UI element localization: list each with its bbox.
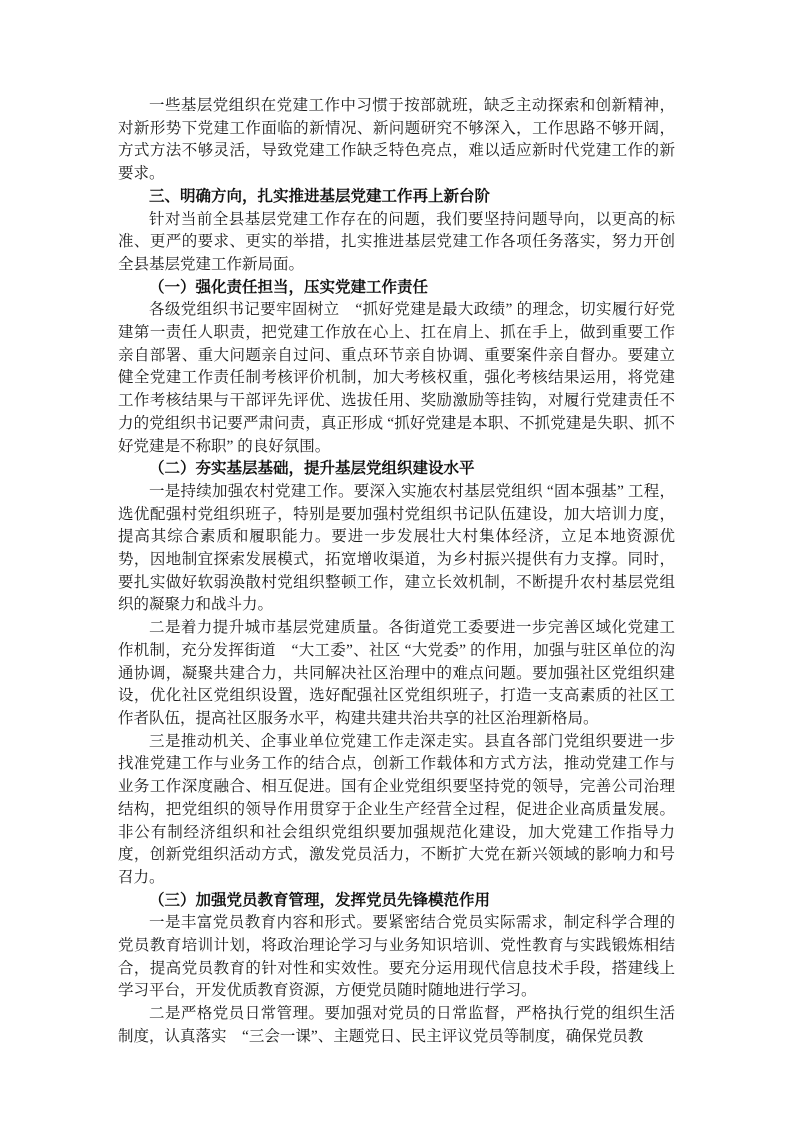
body-paragraph: 一些基层党组织在党建工作中习惯于按部就班，缺乏主动探索和创新精神，对新形势下党建…	[118, 95, 675, 186]
body-paragraph: 针对当前全县基层党建工作存在的问题，我们要坚持问题导向，以更高的标准、更严的要求…	[118, 209, 675, 277]
body-paragraph: 三是推动机关、企事业单位党建工作走深走实。县直各部门党组织要进一步找准党建工作与…	[118, 731, 675, 890]
body-paragraph: 一是丰富党员教育内容和形式。要紧密结合党员实际需求，制定科学合理的党员教育培训计…	[118, 912, 675, 1003]
section-heading: （一）强化责任担当，压实党建工作责任	[118, 277, 675, 300]
section-heading: （二）夯实基层基础，提升基层党组织建设水平	[118, 458, 675, 481]
body-paragraph: 一是持续加强农村党建工作。要深入实施农村基层党组织 “固本强基” 工程，选优配强…	[118, 481, 675, 617]
body-paragraph: 二是严格党员日常管理。要加强对党员的日常监督，严格执行党的组织生活制度，认真落实…	[118, 1003, 675, 1048]
section-heading: 三、明确方向，扎实推进基层党建工作再上新台阶	[118, 186, 675, 209]
body-paragraph: 二是着力提升城市基层党建质量。各街道党工委要进一步完善区域化党建工作机制，充分发…	[118, 617, 675, 731]
section-heading: （三）加强党员教育管理，发挥党员先锋模范作用	[118, 890, 675, 913]
document-page: 一些基层党组织在党建工作中习惯于按部就班，缺乏主动探索和创新精神，对新形势下党建…	[0, 0, 793, 1122]
body-paragraph: 各级党组织书记要牢固树立 “抓好党建是最大政绩” 的理念，切实履行好党建第一责任…	[118, 299, 675, 458]
document-content: 一些基层党组织在党建工作中习惯于按部就班，缺乏主动探索和创新精神，对新形势下党建…	[118, 95, 675, 1049]
